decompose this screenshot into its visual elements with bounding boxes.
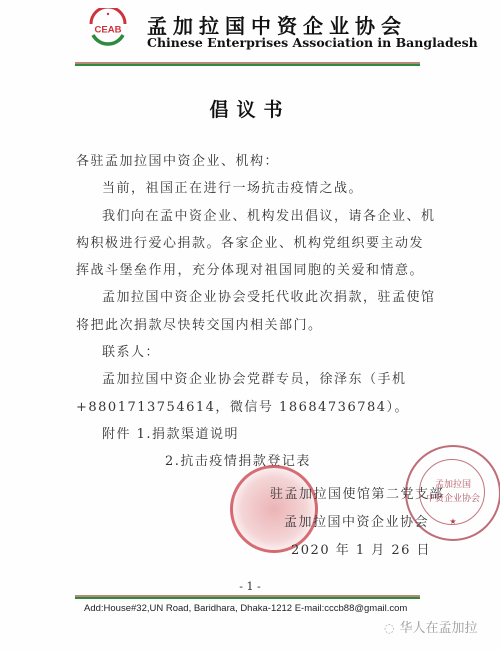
header-divider xyxy=(75,62,420,66)
attachment-line-1: 附件 1.捐款渠道说明 xyxy=(76,421,436,448)
document-date: 2020 年 1 月 26 日 xyxy=(291,539,431,558)
attachment-label: 附件 xyxy=(102,427,131,442)
document-body: 各驻孟加拉国中资企业、机构： 当前，祖国正在进行一场抗击疫情之战。 我们向在孟中… xyxy=(76,148,436,476)
footer-address: Add:House#32,UN Road, Baridhara, Dhaka-1… xyxy=(84,603,407,614)
footer-divider xyxy=(75,595,420,599)
watermark-text: 华人在孟加拉 xyxy=(399,621,477,636)
contact-info: 孟加拉国中资企业协会党群专员，徐泽东（手机+8801713754614，微信号 … xyxy=(76,366,436,421)
paragraph: 我们向在孟中资企业、机构发出倡议，请各企业、机构积极进行爱心捐款。各家企业、机构… xyxy=(76,203,436,285)
attachment-item: 1.捐款渠道说明 xyxy=(137,427,239,442)
paragraph: 孟加拉国中资企业协会受托代收此次捐款，驻孟使馆将把此次捐款尽快转交国内相关部门。 xyxy=(76,284,436,339)
page-number: - 1 - xyxy=(0,580,500,593)
signature-association: 孟加拉国中资企业协会 xyxy=(284,511,429,530)
salutation: 各驻孟加拉国中资企业、机构： xyxy=(76,148,436,175)
letterhead: CEAB 孟加拉国中资企业协会 Chinese Enterprises Asso… xyxy=(85,8,445,52)
paragraph: 当前，祖国正在进行一场抗击疫情之战。 xyxy=(76,175,436,202)
contact-label: 联系人： xyxy=(76,339,436,366)
ceab-logo-icon: CEAB xyxy=(85,8,131,48)
wechat-icon: ◌ xyxy=(384,621,394,635)
watermark: ◌华人在孟加拉 xyxy=(384,617,478,636)
document-page: CEAB 孟加拉国中资企业协会 Chinese Enterprises Asso… xyxy=(0,0,500,650)
document-title: 倡议书 xyxy=(0,95,500,122)
signature-embassy: 驻孟加拉国使馆第二党支部 xyxy=(270,483,444,502)
org-name-en: Chinese Enterprises Association in Bangl… xyxy=(147,35,478,50)
svg-text:CEAB: CEAB xyxy=(95,25,122,36)
